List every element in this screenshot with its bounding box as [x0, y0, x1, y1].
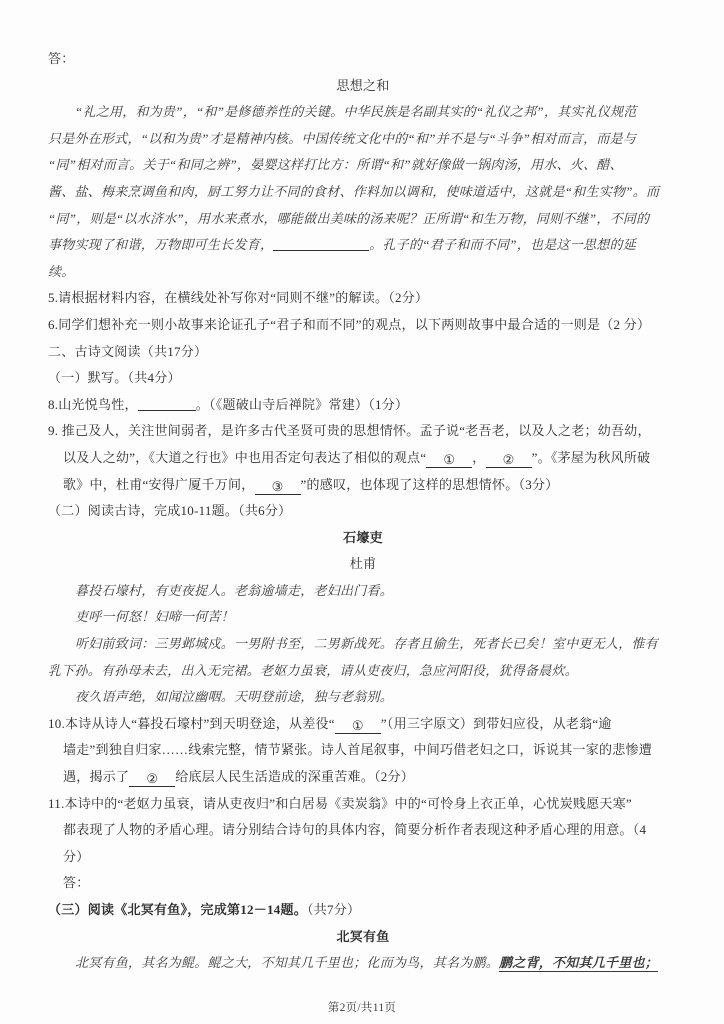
question-10-text: 10.本诗从诗人“暮投石壕村”到天明登途，从差役“: [48, 716, 335, 731]
poem-line: 吏呼一何怒！妇啼一何苦！: [48, 604, 678, 631]
section-3-heading-main: （三）阅读《北冥有鱼》，完成第12－14题。: [48, 902, 307, 917]
essay-line: 只是外在形式，“以和为贵”才是精神内核。中国传统文化中的“和”并不是与“斗争”相…: [48, 126, 678, 153]
question-9-line-1: 9. 推己及人，关注世间弱者，是许多古代圣贤可贵的思想情怀。孟子说“老吾老，以及…: [48, 418, 678, 445]
answer-label-mid: 答：: [48, 870, 678, 897]
poem-line: 听妇前致词：三男邺城戍。一男附书至，二男新战死。存者且偷生，死者长已矣！室中更无…: [48, 631, 678, 658]
numbered-blank-2: ②: [486, 452, 532, 468]
numbered-blank-1: ①: [426, 452, 472, 468]
essay-line: “同”，则是“以水济水”，用水来煮水，哪能做出美味的汤来呢？正所谓“和生万物，同…: [48, 206, 678, 233]
numbered-blank-3: ③: [255, 479, 301, 495]
question-5: 5.请根据材料内容，在横线处补写你对“同则不继”的解读。（2分）: [48, 285, 678, 312]
question-10-text: ”（用三字原文）到带妇应役，从老翁“逾: [381, 716, 612, 731]
question-9-text: 以及人之幼”，《大道之行也》中也用否定句表达了相似的观点“: [63, 450, 426, 465]
poem-line: 夜久语声绝，如闻泣幽咽。天明登前途，独与老翁别。: [48, 684, 678, 711]
essay-line: “同”相对而言。关于“和同之辨”，晏婴这样打比方：所谓“和”就好像做一锅肉汤，用…: [48, 152, 678, 179]
poem-author: 杜甫: [48, 551, 678, 578]
question-9-text: 歌》中，杜甫“安得广厦千万间，: [63, 477, 255, 492]
question-11-line-1: 11.本诗中的“老妪力虽衰，请从吏夜归”和白居易《卖炭翁》中的“可怜身上衣正单，…: [48, 791, 678, 818]
question-9-text: ”的感叹，也体现了这样的思想情怀。（3分）: [301, 477, 559, 492]
passage-title: 北冥有鱼: [48, 924, 678, 951]
essay-line: 酱、盐、梅来烹调鱼和肉，厨工努力让不同的食材、作料加以调和，使味道适中，这就是“…: [48, 179, 678, 206]
question-9-text: ”。《茅屋为秋风所破: [532, 450, 651, 465]
numbered-blank-2: ②: [129, 771, 175, 787]
exam-page: 答： 思想之和 “礼之用，和为贵”，“和”是修德养性的关键。中华民族是名副其实的…: [0, 0, 724, 1024]
subsection-2-heading: （二）阅读古诗，完成10-11题。（共6分）: [48, 498, 678, 525]
section-2-heading: 二、古诗文阅读（共17分）: [48, 339, 678, 366]
question-10-line-2: 墙走”到独自归家……线索完整，情节紧张。诗人首尾叙事，中间巧借老妇之口，诉说其一…: [48, 737, 678, 764]
question-9-text: ，: [472, 450, 485, 465]
numbered-blank-1: ①: [335, 718, 381, 734]
essay-line-with-blank: 事物实现了和谐，万物即可生长发育，。孔子的“君子和而不同”，也是这一思想的延: [48, 232, 678, 259]
passage-text: 北冥有鱼，其名为鲲。鲲之大，不知其几千里也；化而为鸟，其名为鹏。: [75, 955, 499, 970]
question-10-line-3: 遇，揭示了②给底层人民生活造成的深重苦难。（2分）: [48, 764, 678, 791]
blank-underline: [273, 235, 369, 251]
poem-line: 暮投石壕村，有吏夜捉人。老翁逾墙走，老妇出门看。: [48, 578, 678, 605]
subsection-1-heading: （一）默写。（共4分）: [48, 365, 678, 392]
passage-underlined-text: 鹏之背，不知其几千里也；: [499, 955, 658, 970]
question-8: 8.山光悦鸟性，。（《题破山寺后禅院》常建）（1分）: [48, 392, 678, 419]
essay-line: 续。: [48, 259, 678, 286]
exam-content: 答： 思想之和 “礼之用，和为贵”，“和”是修德养性的关键。中华民族是名副其实的…: [0, 0, 724, 977]
essay-title: 思想之和: [48, 73, 678, 100]
question-11-line-2: 都表现了人物的矛盾心理。请分别结合诗句的具体内容，简要分析作者表现这种矛盾心理的…: [48, 817, 678, 844]
question-8-text: 8.山光悦鸟性，: [48, 397, 138, 412]
page-number-indicator: 第2页/共11页: [0, 999, 724, 1015]
poem-line: 乳下孙。有孙母未去，出入无完裙。老妪力虽衰，请从吏夜归，急应河阳役，犹得备晨炊。: [48, 658, 678, 685]
essay-text: 事物实现了和谐，万物即可生长发育，: [48, 237, 273, 252]
answer-label-top: 答：: [48, 46, 678, 73]
question-6: 6.同学们想补充一则小故事来论证孔子“君子和而不同”的观点，以下两则故事中最合适…: [48, 312, 678, 339]
question-10-text: 给底层人民生活造成的深重苦难。（2分）: [175, 769, 414, 784]
question-10-line-1: 10.本诗从诗人“暮投石壕村”到天明登途，从差役“①”（用三字原文）到带妇应役，…: [48, 711, 678, 738]
question-9-line-3: 歌》中，杜甫“安得广厦千万间，③”的感叹，也体现了这样的思想情怀。（3分）: [48, 472, 678, 499]
section-3-heading: （三）阅读《北冥有鱼》，完成第12－14题。（共7分）: [48, 897, 678, 924]
question-10-text: 遇，揭示了: [63, 769, 129, 784]
question-8-text: 。（《题破山寺后禅院》常建）（1分）: [196, 397, 409, 412]
question-11-line-3: 分）: [48, 844, 678, 871]
section-3-heading-score: （共7分）: [307, 902, 360, 917]
passage-line: 北冥有鱼，其名为鲲。鲲之大，不知其几千里也；化而为鸟，其名为鹏。鹏之背，不知其几…: [48, 950, 678, 977]
poem-title: 石壕吏: [48, 525, 678, 552]
essay-line: “礼之用，和为贵”，“和”是修德养性的关键。中华民族是名副其实的“礼仪之邦”，其…: [48, 99, 678, 126]
blank-underline: [138, 395, 196, 411]
essay-text: 。孔子的“君子和而不同”，也是这一思想的延: [369, 237, 636, 252]
question-9-line-2: 以及人之幼”，《大道之行也》中也用否定句表达了相似的观点“①，②”。《茅屋为秋风…: [48, 445, 678, 472]
